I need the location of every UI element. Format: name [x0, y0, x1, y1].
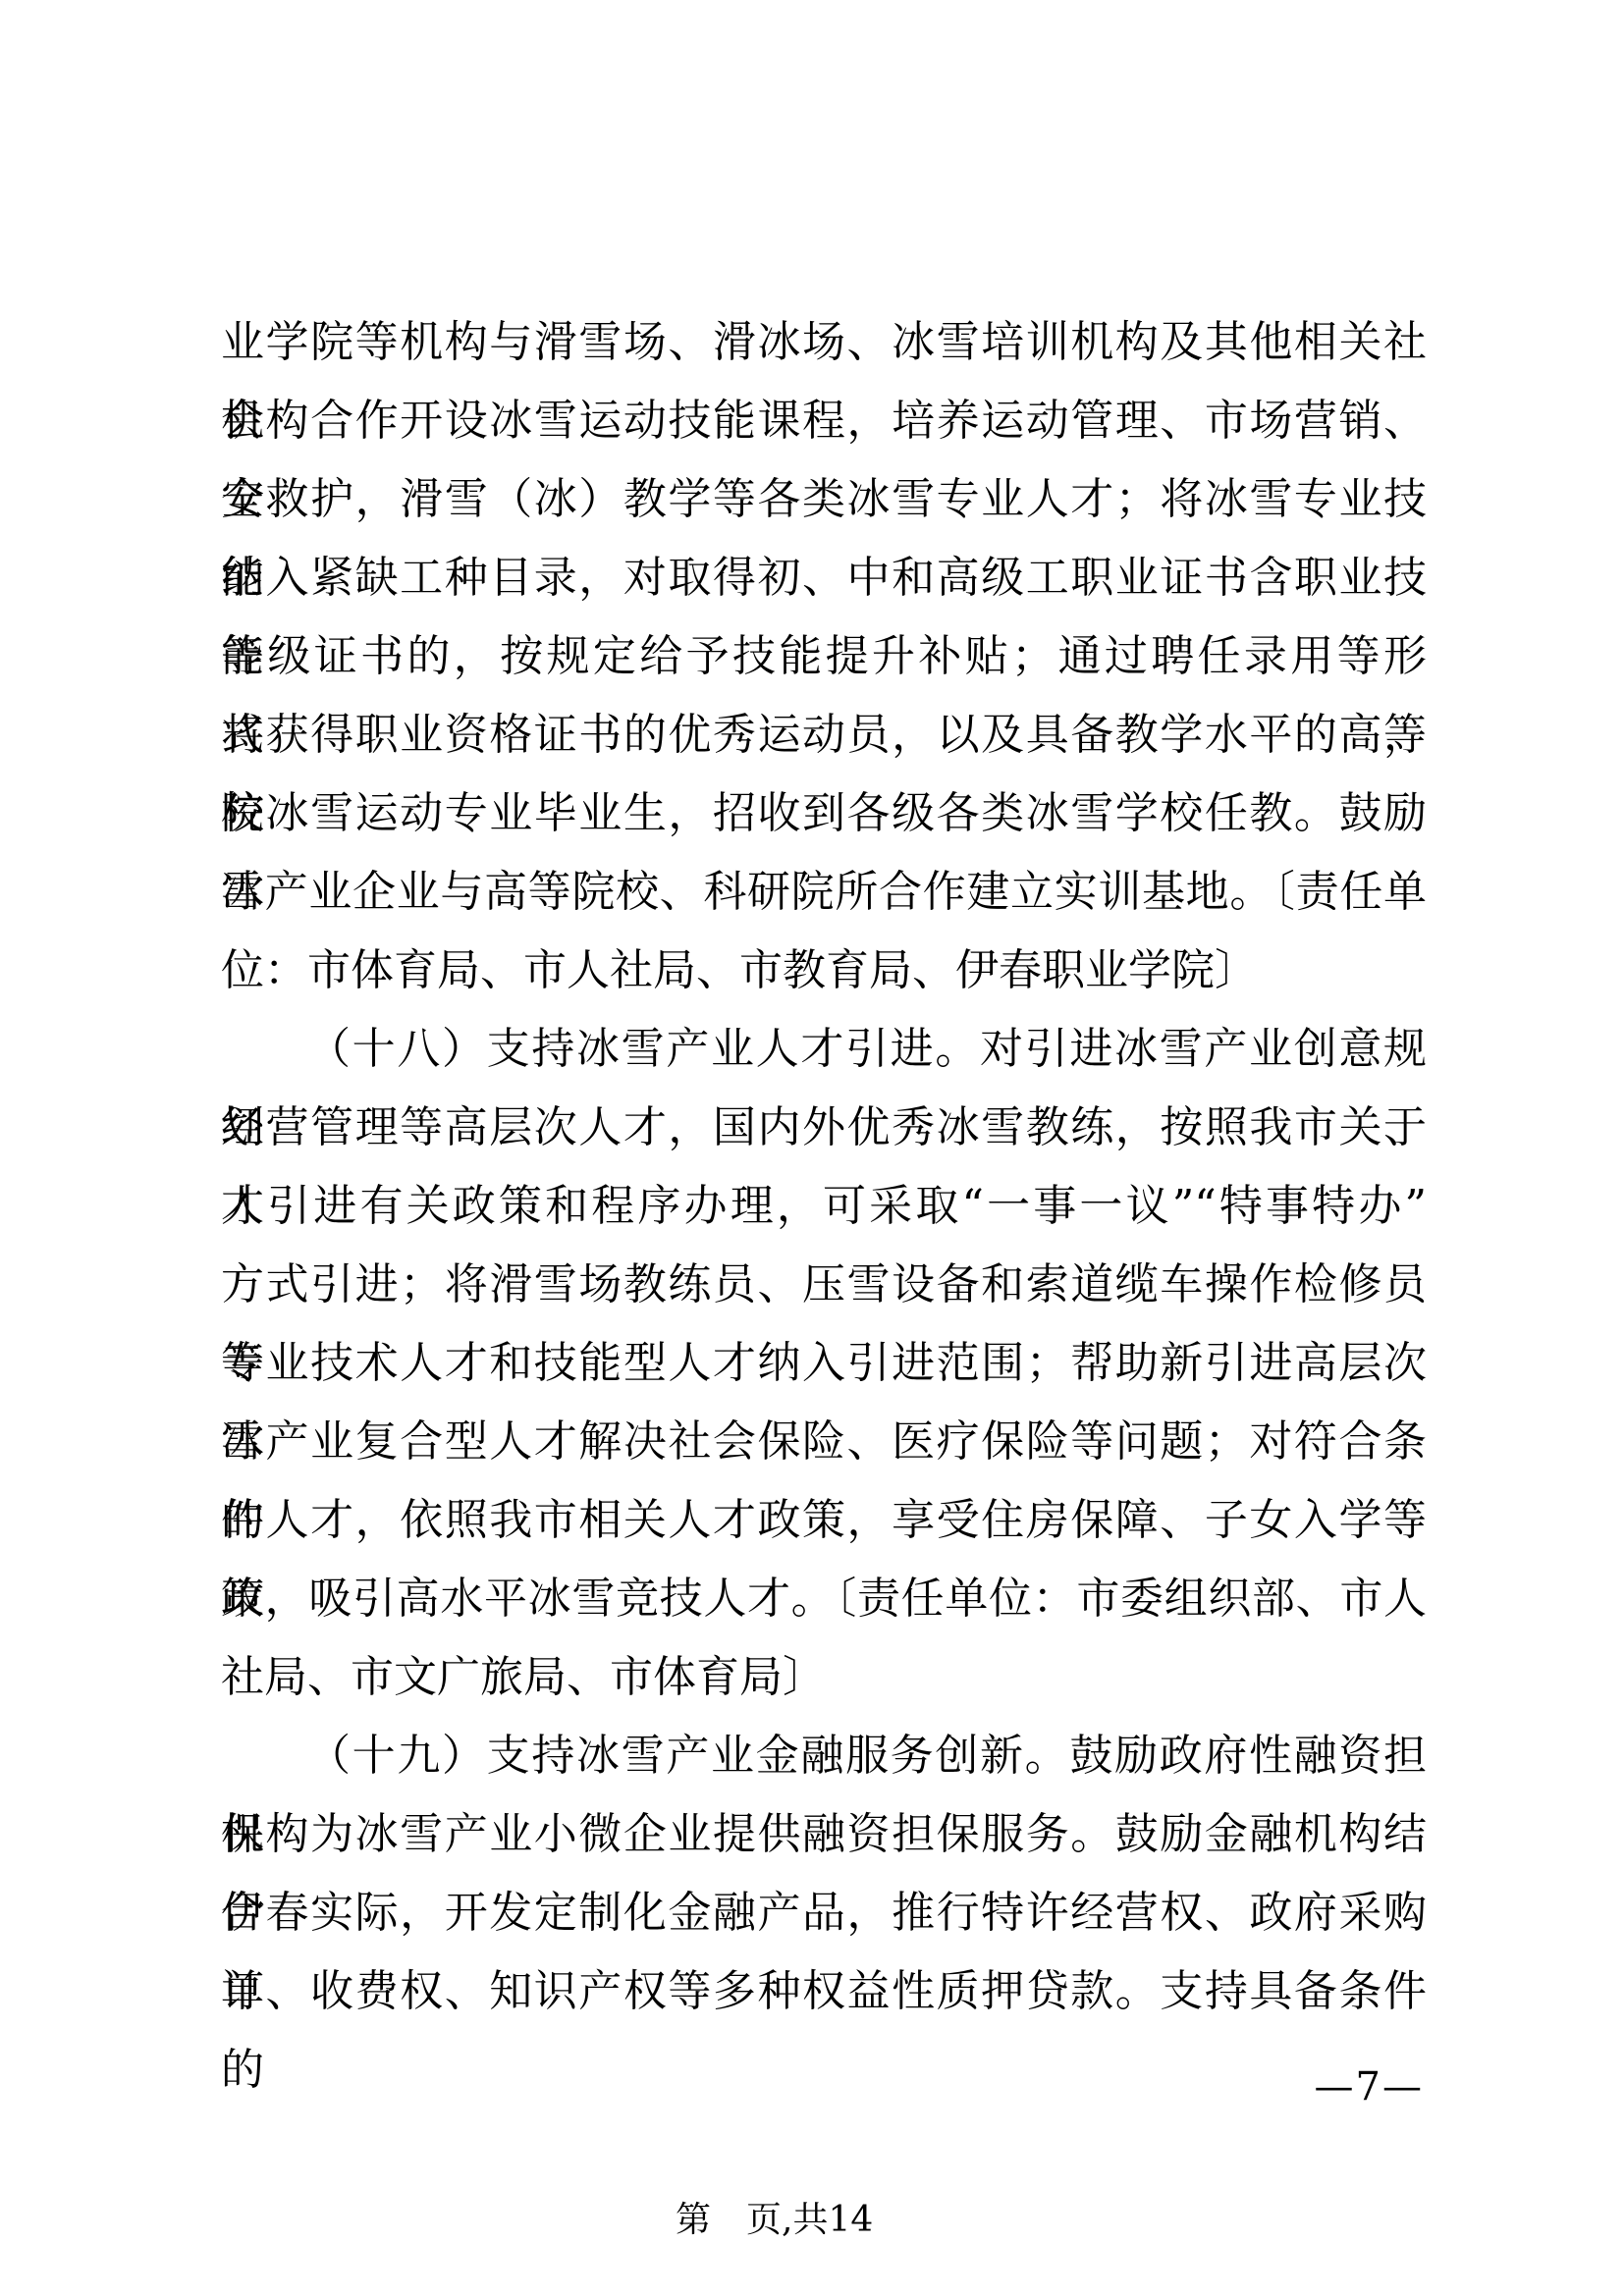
text-line: 才引进有关政策和程序办理，可采取“一事一议”“特事特办” [221, 1167, 1427, 1246]
text-line: 机构合作开设冰雪运动技能课程，培养运动管理、市场营销、安 [221, 382, 1427, 460]
text-line: 单、收费权、知识产权等多种权益性质押贷款。支持具备条件的 [221, 1952, 1427, 2031]
body-text-block: 业学院等机构与滑雪场、滑冰场、冰雪培训机构及其他相关社会 机构合作开设冰雪运动技… [221, 303, 1427, 2031]
page-number: —7— [1315, 2061, 1424, 2112]
text-line: 伊春实际，开发定制化金融产品，推行特许经营权、政府采购订 [221, 1874, 1427, 1952]
text-line: 雪产业复合型人才解决社会保险、医疗保险等问题；对符合条件 [221, 1403, 1427, 1481]
document-page: 业学院等机构与滑雪场、滑冰场、冰雪培训机构及其他相关社会 机构合作开设冰雪运动技… [0, 0, 1624, 2296]
text-line-paragraph-end: 社局、市文广旅局、市体育局〕 [221, 1638, 1427, 1717]
text-line: 将获得职业资格证书的优秀运动员，以及具备教学水平的高等院 [221, 696, 1427, 774]
text-line-paragraph-start: （十九）支持冰雪产业金融服务创新。鼓励政府性融资担保 [221, 1717, 1427, 1795]
text-line: 经营管理等高层次人才，国内外优秀冰雪教练，按照我市关于人 [221, 1089, 1427, 1167]
text-line: 专业技术人才和技能型人才纳入引进范围；帮助新引进高层次冰 [221, 1324, 1427, 1403]
text-line-paragraph-end: 位：市体育局、市人社局、市教育局、伊春职业学院〕 [221, 932, 1427, 1010]
text-line: 业学院等机构与滑雪场、滑冰场、冰雪培训机构及其他相关社会 [221, 303, 1427, 382]
text-line: 纳入紧缺工种目录，对取得初、中和高级工职业证书含职业技能 [221, 539, 1427, 617]
page-footer: 第 页,共14 [676, 2199, 873, 2242]
text-line-paragraph-start: （十八）支持冰雪产业人才引进。对引进冰雪产业创意规划、 [221, 1010, 1427, 1089]
text-line: 的人才，依照我市相关人才政策，享受住房保障、子女入学等政 [221, 1481, 1427, 1560]
text-line: 校冰雪运动专业毕业生，招收到各级各类冰雪学校任教。鼓励冰 [221, 774, 1427, 853]
text-line: 机构为冰雪产业小微企业提供融资担保服务。鼓励金融机构结合 [221, 1795, 1427, 1874]
text-line: 全救护，滑雪（冰）教学等各类冰雪专业人才；将冰雪专业技能 [221, 460, 1427, 539]
text-line: 方式引进；将滑雪场教练员、压雪设备和索道缆车操作检修员等 [221, 1246, 1427, 1324]
text-line: 雪产业企业与高等院校、科研院所合作建立实训基地。〔责任单 [221, 853, 1427, 932]
text-line: 等级证书的，按规定给予技能提升补贴；通过聘任录用等形式， [221, 617, 1427, 696]
text-line: 策，吸引高水平冰雪竞技人才。〔责任单位：市委组织部、市人 [221, 1560, 1427, 1638]
